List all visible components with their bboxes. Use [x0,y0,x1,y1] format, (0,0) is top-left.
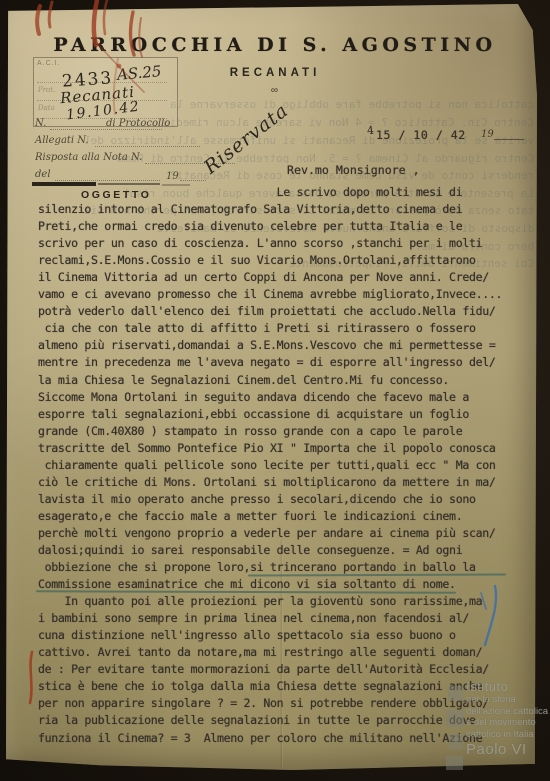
typed-line: potrà vederlo dall'elenco dei film proie… [38,303,538,320]
typed-line: ciò le critiche di Mons. Ortolani si mol… [38,474,538,491]
typed-line: Preti,che ormai credo sia divenuto celeb… [38,218,538,235]
logo-block [448,686,463,701]
ink-rule-faint [162,184,190,186]
form-n-label: N. [35,118,46,129]
typed-line: lavista il mio operato anche presso i se… [38,491,538,508]
typed-line: reclami,S.E.Mons.Cossio e il suo Vicario… [38,252,538,269]
typed-line: la mia Chiesa le Segnalazioni Cinem.del … [38,372,538,389]
typed-line: In quanto poi alle proiezioni per la gio… [38,593,538,610]
typed-line: esporre tali segnalazioni,ebbi occassion… [38,406,538,423]
typed-body: Le scrivo dopo molti mesi disilenzio int… [38,184,538,747]
printed-year-prefix: 19 [481,129,494,140]
form-protocollo-label: di Protocollo [106,118,170,129]
form-risposta-label: Risposta alla Nota N. [35,152,142,163]
typed-line: vamo e ci avevano promesso che il Cinema… [38,286,538,303]
typed-date: 15 / 10 / 42 [376,128,466,142]
watermark-line: Paolo VI [466,740,548,760]
handwritten-archive-code: AS.25 [116,62,162,84]
form-year-line [180,179,206,181]
typed-line: esagerato,e che faccio male a metter fuo… [38,508,538,525]
typed-line: stica è bene che io tolga dalla mia Chie… [38,678,538,695]
handwritten-date-correction: 4 [366,124,374,138]
form-allegati-line [95,145,200,147]
logo-block [446,756,463,770]
typed-line: trascritte del Sommo Pontefice Pio XI " … [38,440,538,457]
form-year-prefix: 19 [166,171,179,182]
watermark-text: Istitutoper la storiadell'azione cattoli… [466,680,548,760]
date-dash-line [494,139,524,140]
typed-line: almeno più riservati,domandai a S.E.Mons… [38,337,538,354]
stamp-box-header: A.C.I. [37,60,61,67]
typed-line: grande (Cm.40X80 ) stampato in rosso gra… [38,423,538,440]
typed-line: cuna distinzione nell'ingresso allo spet… [38,627,538,644]
watermark-line: per la storia [466,694,548,706]
form-del-line [55,179,160,181]
watermark-line: cattolico in Italia [466,729,548,741]
scanned-letter-photo: cattolica non si potrebbe fare obbligo d… [0,0,550,781]
typed-line: Siccome Mona Ortolani in seguito andava … [38,389,538,406]
ink-rule-medium [98,183,160,185]
ink-rule-heavy [32,182,96,186]
typed-line: de : Per evitare tante mormorazioni da p… [38,661,538,678]
typed-line: il Cinema Vittoria ad un certo Coppi di … [38,269,538,286]
form-allegati-label: Allegati N. [35,135,89,146]
typed-line: i bambini sono sempre in prima linea nel… [38,610,538,627]
typed-line: cattivo. Avrei tanto da notare,ma mi res… [38,644,538,661]
logo-block [449,734,463,749]
typed-line: silenzio intorno al Cinematografo Sala V… [38,201,538,218]
typed-line: dalosi;quindi io sarei responsabile dell… [38,542,538,559]
stamp-data-label: Data [38,104,55,112]
typed-line: cia che con tale atto di affitto i Preti… [38,320,538,337]
form-del-label: del [35,169,51,180]
typed-line: perchè molti vengono proprio a vederle p… [38,525,538,542]
typed-line: Le scrivo dopo molti mesi di [38,184,538,201]
watermark-line: dell'azione cattolica [466,706,548,718]
watermark-line: Istituto [466,680,548,694]
typed-line: mentre in precedenza me l'aveva negato =… [38,354,538,371]
salutation: Rev.mo Monsignore , [287,163,420,177]
letterhead-title: PARROCCHIA DI S. AGOSTINO [40,34,510,56]
stamp-prot-label: Prot. [38,86,55,94]
typed-line: funziona il Cinema? = 3 Almeno per color… [38,730,538,747]
watermark-line: e del movimento [466,717,548,729]
logo-block [446,710,464,727]
typed-line: chiaramente quali pellicole sono lecite … [38,457,538,474]
typed-line: scrivo per un caso di coscienza. L'anno … [38,235,538,252]
